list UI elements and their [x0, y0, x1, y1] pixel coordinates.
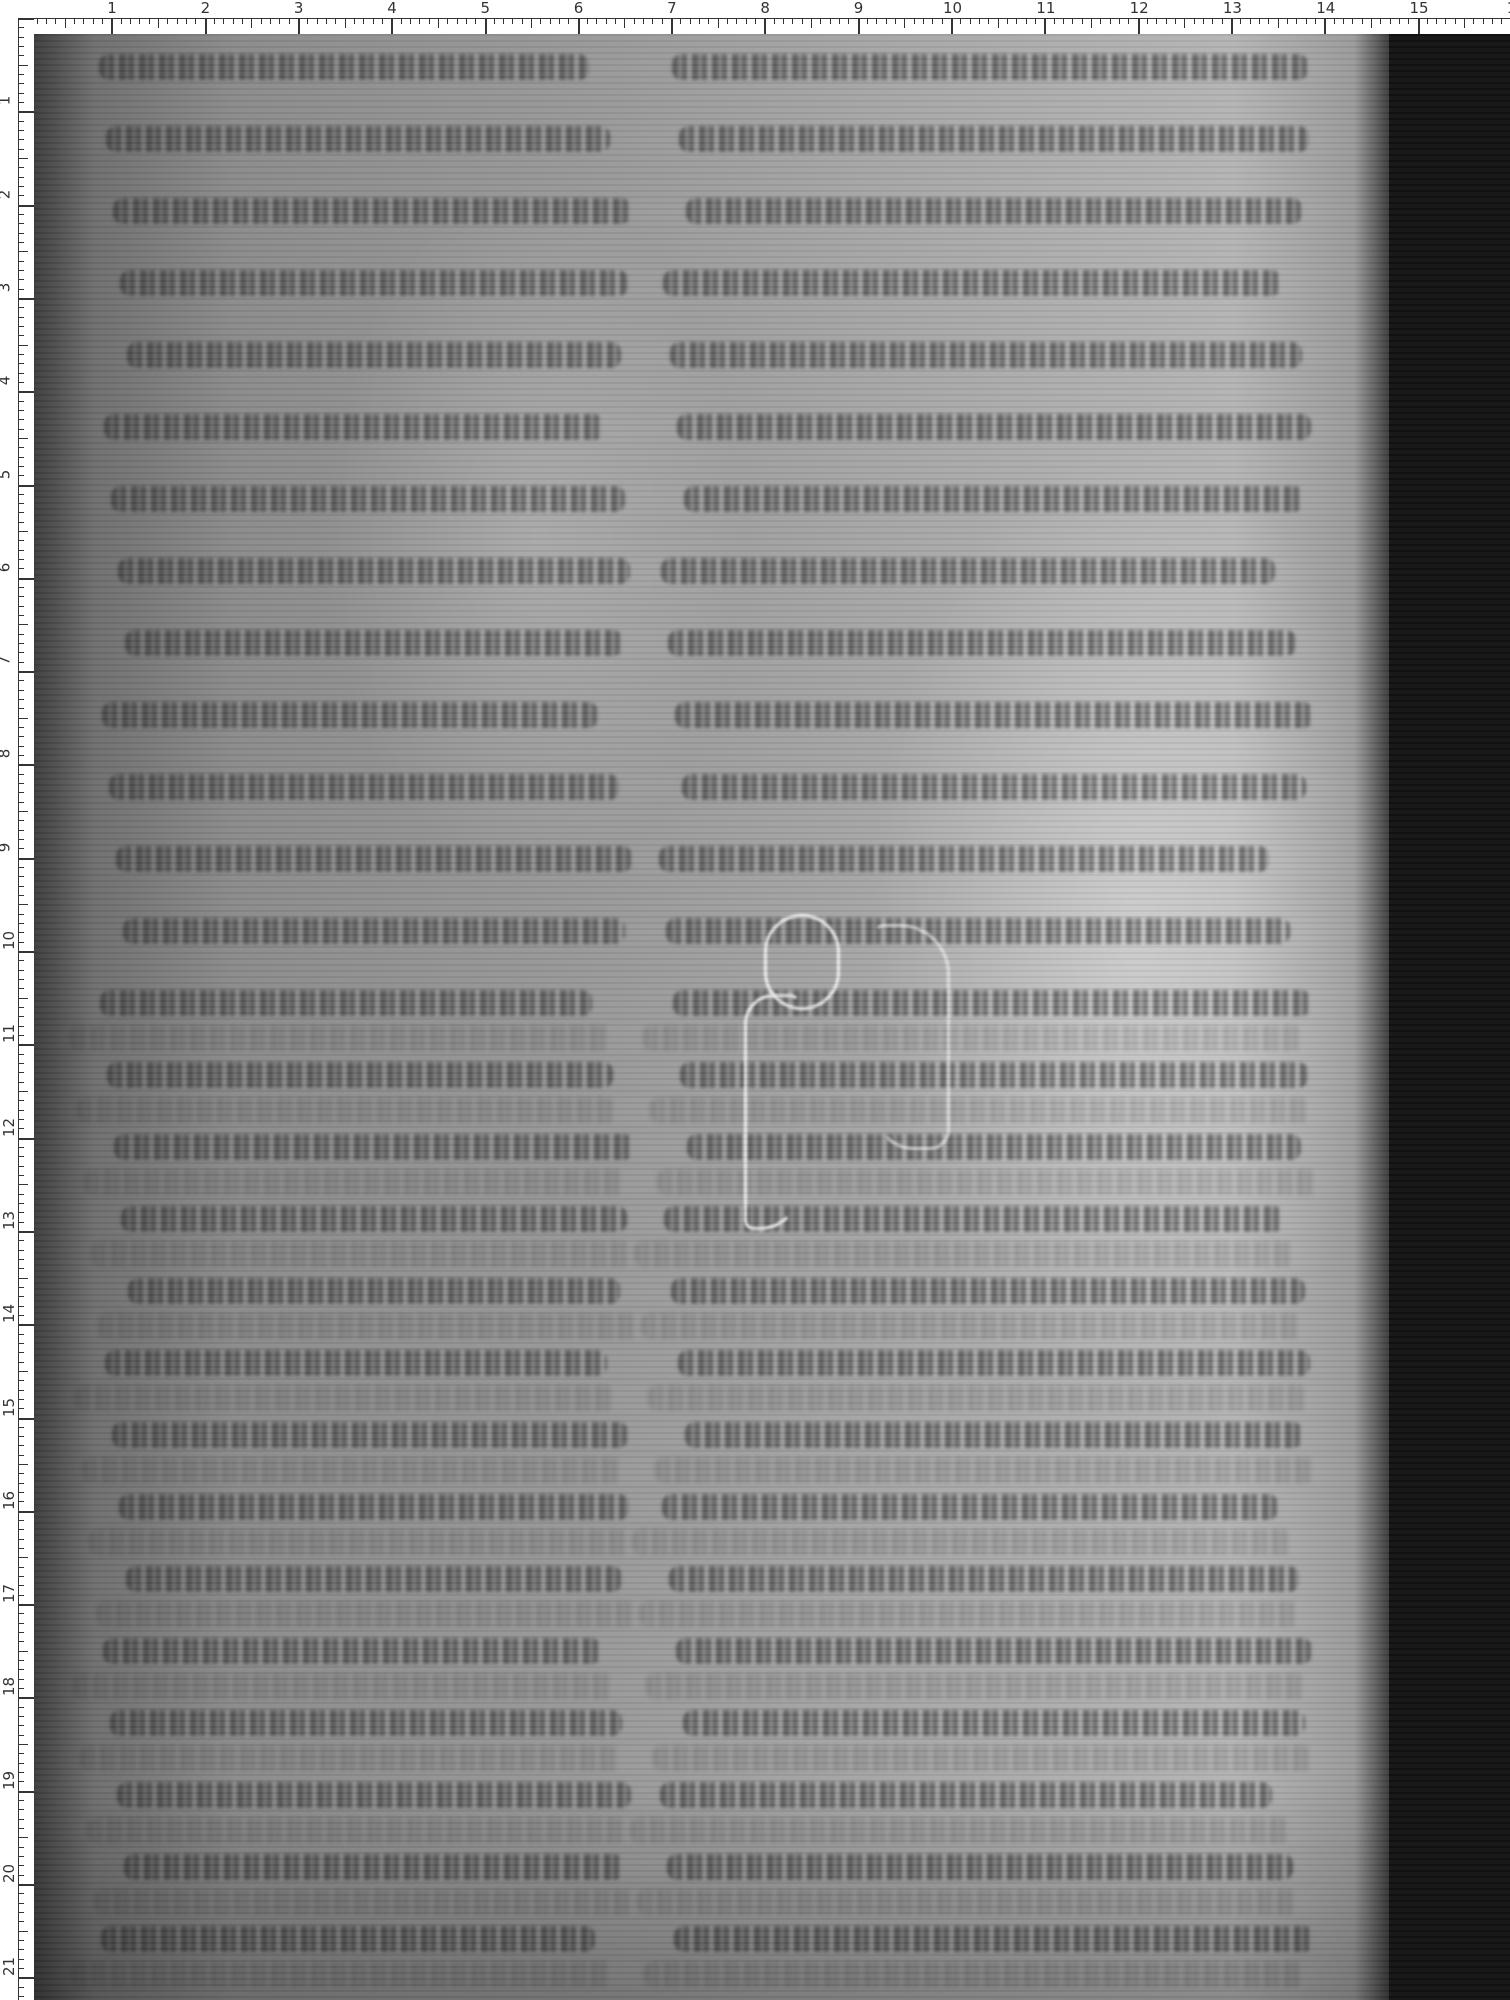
ruler-top-tick	[1119, 18, 1120, 24]
ruler-top-label: 4	[387, 1, 397, 16]
ruler-left-tick	[18, 149, 24, 150]
ruler-left-tick	[18, 736, 24, 737]
manuscript-text-line	[110, 1710, 622, 1736]
manuscript-text-line	[679, 126, 1309, 152]
ghost-text-line	[646, 1673, 1306, 1699]
ruler-top-tick	[74, 18, 75, 24]
ruler-top-tick	[1390, 18, 1391, 24]
ruler-top-tick	[186, 18, 187, 24]
ruler-top-tick	[503, 18, 504, 24]
ghost-text-line	[96, 1601, 636, 1627]
ruler-left-tick	[18, 1940, 24, 1941]
ruler-top-tick	[475, 18, 476, 24]
manuscript-text-line	[677, 414, 1311, 440]
ruler-left-tick	[18, 1697, 34, 1699]
ruler-top-tick	[1296, 18, 1297, 24]
ghost-text-line	[77, 1097, 617, 1123]
ruler-left-tick	[18, 1082, 24, 1083]
manuscript-text-line	[107, 1062, 613, 1088]
bottom-shading	[34, 1780, 1510, 2000]
ruler-top-tick	[512, 18, 513, 24]
ruler-top-tick	[960, 18, 961, 24]
ruler-left-tick	[18, 1035, 24, 1036]
ruler-top-tick	[46, 18, 47, 24]
manuscript-text-line	[99, 54, 589, 80]
ruler-left-tick	[18, 1268, 24, 1269]
ruler-top-label: 2	[201, 1, 211, 16]
ruler-left-tick	[18, 177, 24, 178]
ruler-left-label: 20	[2, 1864, 17, 1883]
ruler-top-tick	[830, 18, 831, 24]
manuscript-text-line	[670, 342, 1302, 368]
ruler-top-label: 12	[1130, 1, 1149, 16]
ghost-text-line	[632, 1529, 1292, 1555]
ruler-left: 123456789101112131415161718192021	[0, 0, 34, 2000]
manuscript-text-line	[119, 1494, 629, 1520]
ruler-top-tick	[410, 18, 411, 24]
ruler-left-tick	[18, 867, 24, 868]
ghost-text-line	[84, 1169, 624, 1195]
ruler-left-label: 7	[0, 656, 12, 666]
ruler-left-tick	[18, 774, 24, 775]
ruler-top-tick	[1371, 18, 1372, 28]
ruler-left-tick	[18, 1903, 24, 1904]
ruler-left-tick	[18, 1511, 34, 1513]
ghost-text-line	[648, 1385, 1308, 1411]
uv-fluorescent-mark	[874, 924, 950, 1150]
ruler-left-tick	[18, 699, 24, 700]
ruler-left-tick	[18, 102, 24, 103]
ruler-top-tick	[671, 18, 673, 34]
manuscript-text-line	[104, 414, 604, 440]
ruler-left-label: 1	[0, 96, 12, 106]
ruler-left-tick	[18, 820, 24, 821]
ruler-left-tick	[18, 1473, 24, 1474]
ruler-top-tick	[652, 18, 653, 24]
manuscript-text-line	[112, 1422, 628, 1448]
ruler-top-tick	[1194, 18, 1195, 24]
ruler-top-tick	[242, 18, 243, 24]
ruler-left-tick	[18, 1837, 28, 1838]
ruler-left-tick	[18, 895, 24, 896]
ruler-left-tick	[18, 1175, 24, 1176]
ruler-left-tick	[18, 438, 28, 439]
ruler-top-tick	[1231, 18, 1233, 34]
manuscript-text-line	[128, 1278, 620, 1304]
ruler-left-tick	[18, 466, 24, 467]
ruler-top-tick	[1147, 18, 1148, 24]
ruler-top-tick	[690, 18, 691, 24]
ruler-left-tick	[18, 988, 24, 989]
manuscript-text-line	[675, 702, 1313, 728]
ruler-left-tick	[18, 1072, 24, 1073]
ruler-left-tick	[18, 289, 24, 290]
ruler-left-tick	[18, 270, 24, 271]
ruler-top-tick	[1418, 18, 1420, 34]
ruler-top-tick	[167, 18, 168, 24]
ruler-left-tick	[18, 1408, 24, 1409]
ghost-text-line	[80, 1745, 620, 1771]
ruler-top-tick	[1072, 18, 1073, 24]
manuscript-text-line	[683, 1710, 1305, 1736]
manuscript-text-line	[121, 1206, 627, 1232]
ruler-top-tick	[457, 18, 458, 24]
ruler-left-tick	[18, 1688, 24, 1689]
ghost-text-line	[643, 1025, 1303, 1051]
manuscript-text-line	[105, 1350, 607, 1376]
ruler-left-tick	[18, 755, 24, 756]
ruler-top-tick	[1362, 18, 1363, 24]
ruler-left-tick	[18, 1800, 24, 1801]
ruler-top-tick	[1287, 18, 1288, 24]
ruler-top-tick	[1399, 18, 1400, 24]
ruler-top-tick	[1445, 18, 1446, 24]
ruler-left-tick	[18, 1418, 34, 1420]
ruler-left-tick	[18, 391, 34, 393]
ruler-left-tick	[18, 1968, 24, 1969]
ruler-left-tick	[18, 326, 24, 327]
ruler-left-tick	[18, 1110, 24, 1111]
ruler-top-tick	[736, 18, 737, 24]
ruler-top-label: 9	[854, 1, 864, 16]
manuscript-scan	[34, 34, 1510, 2000]
ruler-left-tick	[18, 942, 24, 943]
ruler-top-tick	[382, 18, 383, 24]
ruler-left-tick	[18, 979, 24, 980]
ruler-left-tick	[18, 111, 34, 113]
ruler-top-tick	[111, 18, 113, 34]
ruler-top-tick	[1408, 18, 1409, 24]
ruler-top-tick	[783, 18, 784, 24]
ruler-top-tick	[718, 18, 719, 28]
ruler-top-tick	[531, 18, 532, 28]
ruler-top-label: 6	[574, 1, 584, 16]
ruler-top-tick	[55, 18, 56, 24]
manuscript-text-line	[661, 558, 1275, 584]
ruler-left-tick	[18, 1492, 24, 1493]
ruler-top-tick	[195, 18, 196, 24]
ruler-top-label: 11	[1036, 1, 1055, 16]
ruler-top-tick	[615, 18, 616, 24]
manuscript-text-line	[120, 270, 628, 296]
ruler-top-tick	[1054, 18, 1055, 24]
ruler-left-tick	[18, 559, 24, 560]
ruler-top-tick	[326, 18, 327, 24]
ruler-left-tick	[18, 167, 24, 168]
manuscript-text-line	[682, 774, 1306, 800]
book-cover-edge	[1389, 34, 1510, 2000]
ghost-text-line	[639, 1601, 1299, 1627]
ruler-left-tick	[18, 671, 34, 673]
ruler-left-tick	[18, 960, 24, 961]
ruler-left-tick	[18, 1819, 24, 1820]
ruler-left-tick	[18, 1875, 24, 1876]
ruler-top-tick	[540, 18, 541, 24]
manuscript-text-line	[669, 1566, 1299, 1592]
ruler-left-tick	[18, 1390, 24, 1391]
manuscript-text-line	[125, 630, 623, 656]
ruler-left-tick	[18, 1959, 24, 1960]
ruler-top-tick	[93, 18, 94, 24]
uv-fluorescent-mark	[744, 994, 800, 1230]
ruler-left-tick	[18, 1567, 24, 1568]
ruler-left-tick	[18, 970, 24, 971]
ruler-left-tick	[18, 690, 24, 691]
ruler-left-tick	[18, 634, 24, 635]
ruler-left-tick	[18, 307, 24, 308]
ruler-left-tick	[18, 130, 24, 131]
ruler-top-tick	[662, 18, 663, 24]
ghost-text-line	[75, 1385, 615, 1411]
ruler-left-label: 17	[2, 1584, 17, 1603]
ruler-left-tick	[18, 1931, 28, 1932]
ruler-left-tick	[18, 1651, 28, 1652]
ruler-left-tick	[18, 1539, 24, 1540]
ruler-left-tick	[18, 1334, 24, 1335]
ruler-top-tick	[867, 18, 868, 24]
ruler-top-tick	[158, 18, 159, 28]
ruler-left-label: 15	[2, 1397, 17, 1416]
ruler-left-tick	[18, 1735, 24, 1736]
ruler-top-tick	[1278, 18, 1279, 28]
ruler-top-tick	[1110, 18, 1111, 24]
ruler-left-tick	[18, 1483, 24, 1484]
ruler-top-tick	[251, 18, 252, 28]
ruler-left-tick	[18, 27, 24, 28]
ruler-top-label: 14	[1316, 1, 1335, 16]
ruler-top-tick	[988, 18, 989, 24]
ruler-left-tick	[18, 1054, 24, 1055]
ruler-left-tick	[18, 1212, 24, 1213]
ruler-top-tick	[886, 18, 887, 24]
ruler-top-label: 7	[667, 1, 677, 16]
ruler-left-tick	[18, 1641, 24, 1642]
ruler-top-tick	[858, 18, 860, 34]
ruler-top-tick	[811, 18, 812, 28]
manuscript-text-line	[685, 1422, 1303, 1448]
ruler-top-tick	[270, 18, 271, 24]
ruler-left-tick	[18, 1865, 24, 1866]
ruler-left-label: 21	[2, 1957, 17, 1976]
ruler-top-tick	[102, 18, 103, 24]
manuscript-text-line	[100, 990, 592, 1016]
ruler-left-tick	[18, 1119, 24, 1120]
ruler-left-tick	[18, 18, 34, 20]
ruler-left-tick	[18, 1501, 24, 1502]
ruler-left-tick	[18, 615, 24, 616]
manuscript-text-line	[678, 1350, 1310, 1376]
ruler-top-tick	[1473, 18, 1474, 24]
ruler-left-tick	[18, 65, 28, 66]
ruler-left-label: 5	[0, 469, 12, 479]
ruler-top-tick	[1306, 18, 1307, 24]
manuscript-text-line	[676, 1638, 1312, 1664]
ruler-left-tick	[18, 1296, 24, 1297]
ruler-top-tick	[1063, 18, 1064, 24]
ruler-top-tick	[289, 18, 290, 24]
ghost-text-line	[641, 1313, 1301, 1339]
ruler-left-label: 16	[2, 1491, 17, 1510]
ruler-left-tick	[18, 1016, 24, 1017]
ruler-top-label: 13	[1223, 1, 1242, 16]
ruler-top: 01234567891011121314151	[0, 0, 1510, 34]
ruler-left-label: 9	[0, 842, 12, 852]
manuscript-text-line	[103, 1638, 601, 1664]
manuscript-text-line	[109, 774, 619, 800]
ruler-left-tick	[18, 876, 24, 877]
ruler-left-tick	[18, 606, 24, 607]
ruler-top-tick	[764, 18, 766, 34]
manuscript-text-line	[666, 918, 1290, 944]
ruler-left-tick	[18, 1557, 28, 1558]
ruler-left-tick	[18, 904, 28, 905]
ruler-left-tick	[18, 1091, 28, 1092]
ruler-top-tick	[373, 18, 374, 24]
ruler-left-tick	[18, 624, 28, 625]
ruler-left-tick	[18, 512, 24, 513]
ruler-left-tick	[18, 1007, 24, 1008]
ruler-left-tick	[18, 382, 24, 383]
ruler-left-tick	[18, 55, 24, 56]
ruler-top-tick	[233, 18, 234, 24]
ruler-left-tick	[18, 1343, 24, 1344]
ruler-left-tick	[18, 830, 24, 831]
manuscript-text-line	[668, 630, 1296, 656]
ruler-left-tick	[18, 363, 24, 364]
ruler-left-label: 4	[0, 376, 12, 386]
manuscript-text-line	[127, 342, 621, 368]
ruler-left-tick	[18, 494, 24, 495]
ruler-left-tick	[18, 121, 24, 122]
ruler-top-tick	[596, 18, 597, 24]
ruler-left-tick	[18, 46, 24, 47]
ghost-text-line	[98, 1313, 638, 1339]
ruler-left-tick	[18, 914, 24, 915]
ruler-left-tick	[18, 1315, 24, 1316]
ruler-left-tick	[18, 1427, 24, 1428]
ruler-left-tick	[18, 1669, 24, 1670]
ruler-top-tick	[1035, 18, 1036, 24]
ruler-left-label: 6	[0, 563, 12, 573]
ruler-left-tick	[18, 1996, 24, 1997]
ruler-top-tick	[606, 18, 607, 24]
ruler-top-tick	[466, 18, 467, 24]
ruler-left-tick	[18, 792, 24, 793]
ruler-top-tick	[802, 18, 803, 24]
ruler-left-label: 18	[2, 1677, 17, 1696]
ruler-left-tick	[18, 447, 24, 448]
ruler-left-label: 10	[2, 931, 17, 950]
ruler-left-tick	[18, 242, 24, 243]
ruler-top-tick	[708, 18, 709, 24]
manuscript-text-line	[113, 198, 631, 224]
ruler-top-tick	[1464, 18, 1465, 28]
ghost-text-line	[653, 1745, 1313, 1771]
ruler-top-tick	[1100, 18, 1101, 24]
ruler-left-tick	[18, 848, 24, 849]
ruler-left-tick	[18, 37, 24, 38]
ruler-left-tick	[18, 1856, 24, 1857]
ruler-left-tick	[18, 587, 24, 588]
ruler-left-tick	[18, 1100, 24, 1101]
ruler-left-tick	[18, 1949, 24, 1950]
ruler-top-tick	[1492, 18, 1493, 24]
ruler-top-tick	[1501, 18, 1502, 24]
ghost-text-line	[655, 1457, 1315, 1483]
ruler-top-tick	[550, 18, 551, 24]
ruler-top-tick	[1315, 18, 1316, 24]
ruler-top-tick	[363, 18, 364, 24]
ruler-top-tick	[205, 18, 207, 34]
ruler-left-tick	[18, 233, 24, 234]
ruler-left-tick	[18, 1632, 24, 1633]
ruler-top-tick	[1455, 18, 1456, 24]
ruler-top-tick	[979, 18, 980, 24]
ruler-left-label: 14	[2, 1304, 17, 1323]
ruler-top-tick	[419, 18, 420, 24]
ruler-left-tick	[18, 503, 24, 504]
ruler-left-label: 19	[2, 1771, 17, 1790]
ruler-top-tick	[568, 18, 569, 24]
ruler-left-tick	[18, 1884, 34, 1886]
ruler-top-tick	[214, 18, 215, 24]
ruler-left-tick	[18, 998, 28, 999]
manuscript-text-line	[102, 702, 598, 728]
manuscript-text-line	[662, 1494, 1278, 1520]
ghost-text-line	[89, 1529, 629, 1555]
ruler-left-tick	[18, 1660, 24, 1661]
ruler-top-tick	[177, 18, 178, 24]
ghost-text-line	[634, 1241, 1294, 1267]
ruler-left-tick	[18, 1380, 24, 1381]
ruler-left-tick	[18, 261, 24, 262]
ruler-top-tick	[876, 18, 877, 24]
ruler-top-tick	[1324, 18, 1326, 34]
ruler-left-tick	[18, 802, 24, 803]
ruler-left-tick	[18, 139, 24, 140]
ruler-left-tick	[18, 475, 24, 476]
ruler-left-tick	[18, 457, 24, 458]
ruler-left-tick	[18, 1362, 24, 1363]
ruler-left-tick	[18, 223, 24, 224]
ruler-left-label: 13	[2, 1211, 17, 1230]
ruler-left-tick	[18, 1371, 28, 1372]
ruler-left-tick	[18, 1707, 24, 1708]
ruler-top-tick	[578, 18, 580, 34]
ruler-top-tick	[429, 18, 430, 24]
ruler-top-tick	[1352, 18, 1353, 24]
ruler-left-tick	[18, 373, 24, 374]
ruler-left-tick	[18, 429, 24, 430]
ruler-top-tick	[923, 18, 924, 24]
ruler-top-tick	[1334, 18, 1335, 24]
ruler-left-tick	[18, 951, 34, 953]
ruler-top-tick	[335, 18, 336, 24]
manuscript-text-line	[684, 486, 1304, 512]
ruler-left-tick	[18, 1725, 24, 1726]
ruler-left-tick	[18, 1744, 28, 1745]
ruler-top-label: 10	[943, 1, 962, 16]
ruler-top-tick	[121, 18, 122, 24]
ruler-left-tick	[18, 1278, 28, 1279]
ruler-top-tick	[1175, 18, 1176, 24]
ruler-left-tick	[18, 1287, 24, 1288]
ruler-top-tick	[680, 18, 681, 24]
ruler-top-tick	[792, 18, 793, 24]
ruler-top-tick	[522, 18, 523, 24]
ruler-top-tick	[1044, 18, 1046, 34]
ruler-top-tick	[1026, 18, 1027, 24]
